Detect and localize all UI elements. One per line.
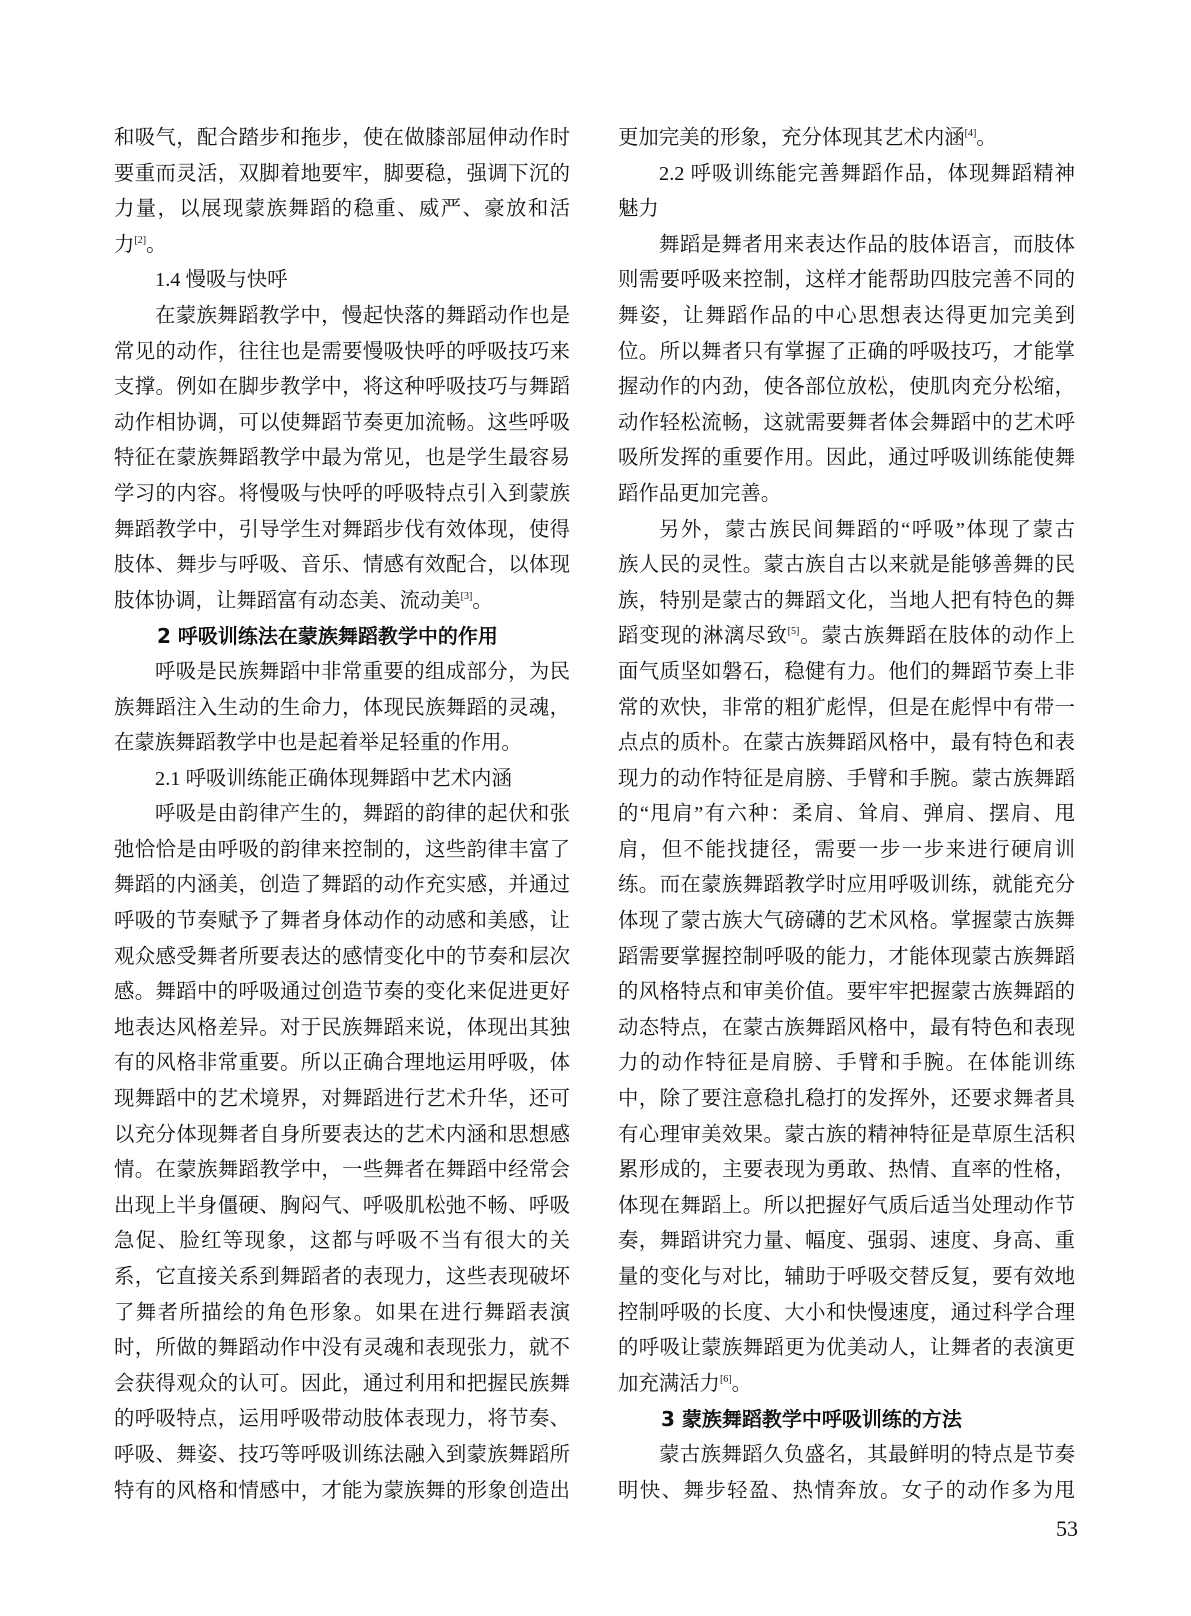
line-text: 有的风格非常重要。所以正确合理地运用呼吸，体 [114, 1052, 570, 1074]
text-line: 舞蹈是舞者用来表达作品的肢体语言，而肢体 [618, 228, 1075, 264]
line-text: 和吸气，配合踏步和拖步，使在做膝部屈伸动作时 [114, 127, 570, 149]
line-text: 点点的质朴。在蒙古族舞蹈风格中，最有特色和表 [618, 732, 1075, 754]
line-text: 舞蹈的内涵美，创造了舞蹈的动作充实感，并通过 [114, 874, 570, 896]
text-line: 明快、舞步轻盈、热情奔放。女子的动作多为甩 [618, 1474, 1075, 1510]
text-line: 吸所发挥的重要作用。因此，通过呼吸训练能使舞 [618, 441, 1075, 477]
line-text: 常的欢快，非常的粗犷彪悍，但是在彪悍中有带一 [618, 697, 1075, 719]
text-line: 现舞蹈中的艺术境界，对舞蹈进行艺术升华，还可 [114, 1082, 570, 1118]
citation-superscript: [3] [461, 591, 473, 602]
text-line: 感。舞蹈中的呼吸通过创造节奏的变化来促进更好 [114, 975, 570, 1011]
text-line: 体现了蒙古族大气磅礴的艺术风格。掌握蒙古族舞 [618, 904, 1075, 940]
document-page: 和吸气，配合踏步和拖步，使在做膝部屈伸动作时要重而灵活，双脚着地要牢，脚要稳，强… [0, 0, 1191, 1616]
text-line: 肢体、舞步与呼吸、音乐、情感有效配合，以体现 [114, 548, 570, 584]
text-line: 常见的动作，往往也是需要慢吸快呼的呼吸技巧来 [114, 335, 570, 371]
line-text: 明快、舞步轻盈、热情奔放。女子的动作多为甩 [618, 1480, 1075, 1502]
line-text: 动态特点，在蒙古族舞蹈风格中，最有特色和表现 [618, 1017, 1075, 1039]
text-line: 呼吸、舞姿、技巧等呼吸训练法融入到蒙族舞蹈所 [114, 1438, 570, 1474]
line-text: 肢体、舞步与呼吸、音乐、情感有效配合，以体现 [114, 554, 570, 576]
line-text: 的呼吸让蒙族舞蹈更为优美动人，让舞者的表演更 [618, 1337, 1075, 1359]
line-text: 累形成的，主要表现为勇敢、热情、直率的性格， [618, 1159, 1075, 1181]
text-line: 量的变化与对比，辅助于呼吸交替反复，要有效地 [618, 1260, 1075, 1296]
right-text-column: 更加完美的形象，充分体现其艺术内涵[4]。2.2 呼吸训练能完善舞蹈作品，体现舞… [618, 121, 1075, 1509]
line-text: 肢体协调，让舞蹈富有动态美、流动美 [114, 590, 461, 612]
line-text: 地表达风格差异。对于民族舞蹈来说，体现出其独 [114, 1017, 570, 1039]
text-line: 动作轻松流畅，这就需要舞者体会舞蹈中的艺术呼 [618, 406, 1075, 442]
text-line: 舞蹈教学中，引导学生对舞蹈步伐有效体现，使得 [114, 513, 570, 549]
text-line: 蹈需要掌握控制呼吸的能力，才能体现蒙古族舞蹈 [618, 940, 1075, 976]
citation-superscript: [5] [788, 626, 800, 637]
line-text-tail: 。 [472, 590, 492, 612]
text-line: 和吸气，配合踏步和拖步，使在做膝部屈伸动作时 [114, 121, 570, 157]
text-line: 了舞者所描绘的角色形象。如果在进行舞蹈表演 [114, 1296, 570, 1332]
line-text: 则需要呼吸来控制，这样才能帮助四肢完善不同的 [618, 269, 1075, 291]
text-line: 更加完美的形象，充分体现其艺术内涵[4]。 [618, 121, 1075, 157]
text-line: 的“甩肩”有六种：柔肩、耸肩、弹肩、摆肩、甩 [618, 797, 1075, 833]
line-text: 会获得观众的认可。因此，通过利用和把握民族舞 [114, 1373, 570, 1395]
line-text: 以充分体现舞者自身所要表达的艺术内涵和思想感 [114, 1124, 570, 1146]
text-line: 蒙古族舞蹈久负盛名，其最鲜明的特点是节奏 [618, 1438, 1075, 1474]
text-line: 以充分体现舞者自身所要表达的艺术内涵和思想感 [114, 1118, 570, 1154]
line-text: 的风格特点和审美价值。要牢牢把握蒙古族舞蹈的 [618, 981, 1075, 1003]
text-line: 动态特点，在蒙古族舞蹈风格中，最有特色和表现 [618, 1011, 1075, 1047]
line-text: 弛恰恰是由呼吸的韵律来控制的，这些韵律丰富了 [114, 839, 570, 861]
text-line: 控制呼吸的长度、大小和快慢速度，通过科学合理 [618, 1296, 1075, 1332]
text-line: 呼吸是民族舞蹈中非常重要的组成部分，为民 [114, 655, 570, 691]
text-line: 学习的内容。将慢吸与快呼的呼吸特点引入到蒙族 [114, 477, 570, 513]
citation-superscript: [4] [965, 128, 977, 139]
text-line: 情。在蒙族舞蹈教学中，一些舞者在舞蹈中经常会 [114, 1153, 570, 1189]
text-line: 族人民的灵性。蒙古族自古以来就是能够善舞的民 [618, 548, 1075, 584]
line-text: 族人民的灵性。蒙古族自古以来就是能够善舞的民 [618, 554, 1075, 576]
line-text: 支撑。例如在脚步教学中，将这种呼吸技巧与舞蹈 [114, 376, 570, 398]
text-line: 点点的质朴。在蒙古族舞蹈风格中，最有特色和表 [618, 726, 1075, 762]
text-line: 蹈变现的淋漓尽致[5]。蒙古族舞蹈在肢体的动作上 [618, 619, 1075, 655]
line-text: 系，它直接关系到舞蹈者的表现力，这些表现破坏 [114, 1266, 570, 1288]
text-line: 体现在舞蹈上。所以把握好气质后适当处理动作节 [618, 1189, 1075, 1225]
text-line: 弛恰恰是由呼吸的韵律来控制的，这些韵律丰富了 [114, 833, 570, 869]
line-text: 蹈需要掌握控制呼吸的能力，才能体现蒙古族舞蹈 [618, 946, 1075, 968]
text-line: 中，除了要注意稳扎稳打的发挥外，还要求舞者具 [618, 1082, 1075, 1118]
text-line: 面气质坚如磐石，稳健有力。他们的舞蹈节奏上非 [618, 655, 1075, 691]
text-line: 呼吸是由韵律产生的，舞蹈的韵律的起伏和张 [114, 797, 570, 833]
line-text: 动作相协调，可以使舞蹈节奏更加流畅。这些呼吸 [114, 412, 570, 434]
line-text: 时，所做的舞蹈动作中没有灵魂和表现张力，就不 [114, 1337, 570, 1359]
text-line: 的风格特点和审美价值。要牢牢把握蒙古族舞蹈的 [618, 975, 1075, 1011]
text-line: 出现上半身僵硬、胸闷气、呼吸肌松弛不畅、呼吸 [114, 1189, 570, 1225]
text-line: 加充满活力[6]。 [618, 1367, 1075, 1403]
line-text: 2.1 呼吸训练能正确体现舞蹈中艺术内涵 [155, 768, 512, 790]
line-text: 位。所以舞者只有掌握了正确的呼吸技巧，才能掌 [618, 341, 1075, 363]
text-line: 奏，舞蹈讲究力量、幅度、强弱、速度、身高、重 [618, 1224, 1075, 1260]
subsection-heading: 2.1 呼吸训练能正确体现舞蹈中艺术内涵 [114, 762, 570, 798]
line-text: 出现上半身僵硬、胸闷气、呼吸肌松弛不畅、呼吸 [114, 1195, 570, 1217]
line-text: 2.2 呼吸训练能完善舞蹈作品，体现舞蹈精神 [659, 163, 1075, 185]
text-line: 力[2]。 [114, 228, 570, 264]
line-text: 情。在蒙族舞蹈教学中，一些舞者在舞蹈中经常会 [114, 1159, 570, 1181]
text-line: 另外，蒙古族民间舞蹈的“呼吸”体现了蒙古 [618, 513, 1075, 549]
line-text: 呼吸是由韵律产生的，舞蹈的韵律的起伏和张 [155, 803, 570, 825]
text-line: 动作相协调，可以使舞蹈节奏更加流畅。这些呼吸 [114, 406, 570, 442]
text-line: 时，所做的舞蹈动作中没有灵魂和表现张力，就不 [114, 1331, 570, 1367]
line-text: 吸所发挥的重要作用。因此，通过呼吸训练能使舞 [618, 447, 1075, 469]
line-text: 另外，蒙古族民间舞蹈的“呼吸”体现了蒙古 [659, 519, 1075, 541]
text-line: 累形成的，主要表现为勇敢、热情、直率的性格， [618, 1153, 1075, 1189]
line-text: 蹈变现的淋漓尽致 [618, 625, 788, 647]
line-text: 1.4 慢吸与快呼 [155, 269, 288, 291]
text-line: 现力的动作特征是肩膀、手臂和手腕。蒙古族舞蹈 [618, 762, 1075, 798]
text-line: 族，特别是蒙古的舞蹈文化，当地人把有特色的舞 [618, 584, 1075, 620]
line-text: 3 蒙族舞蹈教学中呼吸训练的方法 [661, 1407, 962, 1431]
line-text: 体现在舞蹈上。所以把握好气质后适当处理动作节 [618, 1195, 1075, 1217]
line-text: 动作轻松流畅，这就需要舞者体会舞蹈中的艺术呼 [618, 412, 1075, 434]
text-line: 系，它直接关系到舞蹈者的表现力，这些表现破坏 [114, 1260, 570, 1296]
line-text: 在蒙族舞蹈教学中，慢起快落的舞蹈动作也是 [155, 305, 570, 327]
line-text: 力的动作特征是肩膀、手臂和手腕。在体能训练 [618, 1052, 1075, 1074]
subsection-heading: 1.4 慢吸与快呼 [114, 263, 570, 299]
text-line: 有的风格非常重要。所以正确合理地运用呼吸，体 [114, 1046, 570, 1082]
line-text: 在蒙族舞蹈教学中也是起着举足轻重的作用。 [114, 732, 522, 754]
line-text: 奏，舞蹈讲究力量、幅度、强弱、速度、身高、重 [618, 1230, 1075, 1252]
text-line: 握动作的内劲，使各部位放松，使肌肉充分松缩， [618, 370, 1075, 406]
text-line: 会获得观众的认可。因此，通过利用和把握民族舞 [114, 1367, 570, 1403]
text-line: 练。而在蒙族舞蹈教学时应用呼吸训练，就能充分 [618, 868, 1075, 904]
section-heading: 2 呼吸训练法在蒙族舞蹈教学中的作用 [114, 619, 570, 655]
text-line: 的呼吸让蒙族舞蹈更为优美动人，让舞者的表演更 [618, 1331, 1075, 1367]
text-line: 要重而灵活，双脚着地要牢，脚要稳，强调下沉的 [114, 157, 570, 193]
line-text: 舞姿，让舞蹈作品的中心思想表达得更加完美到 [618, 305, 1075, 327]
line-text: 有心理审美效果。蒙古族的精神特征是草原生活积 [618, 1124, 1075, 1146]
line-text: 呼吸的节奏赋予了舞者身体动作的动感和美感，让 [114, 910, 570, 932]
line-text: 蹈作品更加完善。 [618, 483, 781, 505]
line-text: 观众感受舞者所要表达的感情变化中的节奏和层次 [114, 946, 570, 968]
text-line: 支撑。例如在脚步教学中，将这种呼吸技巧与舞蹈 [114, 370, 570, 406]
line-text: 蒙古族舞蹈久负盛名，其最鲜明的特点是节奏 [659, 1444, 1075, 1466]
text-line: 在蒙族舞蹈教学中，慢起快落的舞蹈动作也是 [114, 299, 570, 335]
line-text: 力 [114, 234, 134, 256]
text-line: 观众感受舞者所要表达的感情变化中的节奏和层次 [114, 940, 570, 976]
line-text: 面气质坚如磐石，稳健有力。他们的舞蹈节奏上非 [618, 661, 1075, 683]
line-text: 的呼吸特点，运用呼吸带动肢体表现力，将节奏、 [114, 1408, 570, 1430]
text-line: 特征在蒙族舞蹈教学中最为常见，也是学生最容易 [114, 441, 570, 477]
line-text: 现舞蹈中的艺术境界，对舞蹈进行艺术升华，还可 [114, 1088, 570, 1110]
section-heading: 3 蒙族舞蹈教学中呼吸训练的方法 [618, 1402, 1075, 1438]
line-text: 控制呼吸的长度、大小和快慢速度，通过科学合理 [618, 1302, 1075, 1324]
line-text: 急促、脸红等现象，这都与呼吸不当有很大的关 [114, 1230, 570, 1252]
line-text-tail: 。蒙古族舞蹈在肢体的动作上 [799, 625, 1075, 647]
line-text: 学习的内容。将慢吸与快呼的呼吸特点引入到蒙族 [114, 483, 570, 505]
line-text: 舞蹈教学中，引导学生对舞蹈步伐有效体现，使得 [114, 519, 570, 541]
line-text: 现力的动作特征是肩膀、手臂和手腕。蒙古族舞蹈 [618, 768, 1075, 790]
citation-superscript: [6] [720, 1374, 732, 1385]
citation-superscript: [2] [134, 235, 146, 246]
text-line: 特有的风格和情感中，才能为蒙族舞的形象创造出 [114, 1474, 570, 1510]
line-text: 族，特别是蒙古的舞蹈文化，当地人把有特色的舞 [618, 590, 1075, 612]
line-text: 练。而在蒙族舞蹈教学时应用呼吸训练，就能充分 [618, 874, 1075, 896]
line-text: 特有的风格和情感中，才能为蒙族舞的形象创造出 [114, 1480, 570, 1502]
text-line: 位。所以舞者只有掌握了正确的呼吸技巧，才能掌 [618, 335, 1075, 371]
line-text: 呼吸是民族舞蹈中非常重要的组成部分，为民 [155, 661, 570, 683]
text-line: 魅力 [618, 192, 1075, 228]
left-text-column: 和吸气，配合踏步和拖步，使在做膝部屈伸动作时要重而灵活，双脚着地要牢，脚要稳，强… [114, 121, 570, 1509]
line-text: 常见的动作，往往也是需要慢吸快呼的呼吸技巧来 [114, 341, 570, 363]
text-line: 在蒙族舞蹈教学中也是起着举足轻重的作用。 [114, 726, 570, 762]
subsection-heading: 2.2 呼吸训练能完善舞蹈作品，体现舞蹈精神 [618, 157, 1075, 193]
text-line: 有心理审美效果。蒙古族的精神特征是草原生活积 [618, 1118, 1075, 1154]
line-text: 舞蹈是舞者用来表达作品的肢体语言，而肢体 [659, 234, 1075, 256]
text-line: 呼吸的节奏赋予了舞者身体动作的动感和美感，让 [114, 904, 570, 940]
text-line: 急促、脸红等现象，这都与呼吸不当有很大的关 [114, 1224, 570, 1260]
line-text: 的“甩肩”有六种：柔肩、耸肩、弹肩、摆肩、甩 [618, 803, 1075, 825]
text-line: 的呼吸特点，运用呼吸带动肢体表现力，将节奏、 [114, 1402, 570, 1438]
line-text: 了舞者所描绘的角色形象。如果在进行舞蹈表演 [114, 1302, 570, 1324]
text-line: 则需要呼吸来控制，这样才能帮助四肢完善不同的 [618, 263, 1075, 299]
line-text: 2 呼吸训练法在蒙族舞蹈教学中的作用 [157, 624, 498, 648]
page-number: 53 [1056, 1516, 1078, 1542]
line-text: 握动作的内劲，使各部位放松，使肌肉充分松缩， [618, 376, 1075, 398]
text-line: 族舞蹈注入生动的生命力，体现民族舞蹈的灵魂， [114, 691, 570, 727]
text-line: 舞姿，让舞蹈作品的中心思想表达得更加完美到 [618, 299, 1075, 335]
line-text: 族舞蹈注入生动的生命力，体现民族舞蹈的灵魂， [114, 697, 570, 719]
line-text-tail: 。 [146, 234, 166, 256]
line-text: 力量，以展现蒙族舞蹈的稳重、威严、豪放和活 [114, 198, 570, 220]
text-line: 地表达风格差异。对于民族舞蹈来说，体现出其独 [114, 1011, 570, 1047]
text-line: 蹈作品更加完善。 [618, 477, 1075, 513]
text-line: 力量，以展现蒙族舞蹈的稳重、威严、豪放和活 [114, 192, 570, 228]
line-text: 体现了蒙古族大气磅礴的艺术风格。掌握蒙古族舞 [618, 910, 1075, 932]
text-line: 肢体协调，让舞蹈富有动态美、流动美[3]。 [114, 584, 570, 620]
line-text: 要重而灵活，双脚着地要牢，脚要稳，强调下沉的 [114, 163, 570, 185]
line-text: 感。舞蹈中的呼吸通过创造节奏的变化来促进更好 [114, 981, 570, 1003]
line-text: 更加完美的形象，充分体现其艺术内涵 [618, 127, 965, 149]
line-text: 中，除了要注意稳扎稳打的发挥外，还要求舞者具 [618, 1088, 1075, 1110]
line-text: 量的变化与对比，辅助于呼吸交替反复，要有效地 [618, 1266, 1075, 1288]
line-text: 呼吸、舞姿、技巧等呼吸训练法融入到蒙族舞蹈所 [114, 1444, 570, 1466]
line-text: 肩，但不能找捷径，需要一步一步来进行硬肩训 [618, 839, 1075, 861]
line-text: 魅力 [618, 198, 659, 220]
text-line: 力的动作特征是肩膀、手臂和手腕。在体能训练 [618, 1046, 1075, 1082]
line-text-tail: 。 [732, 1373, 752, 1395]
text-line: 常的欢快，非常的粗犷彪悍，但是在彪悍中有带一 [618, 691, 1075, 727]
line-text-tail: 。 [976, 127, 996, 149]
text-line: 舞蹈的内涵美，创造了舞蹈的动作充实感，并通过 [114, 868, 570, 904]
line-text: 特征在蒙族舞蹈教学中最为常见，也是学生最容易 [114, 447, 570, 469]
line-text: 加充满活力 [618, 1373, 720, 1395]
text-line: 肩，但不能找捷径，需要一步一步来进行硬肩训 [618, 833, 1075, 869]
